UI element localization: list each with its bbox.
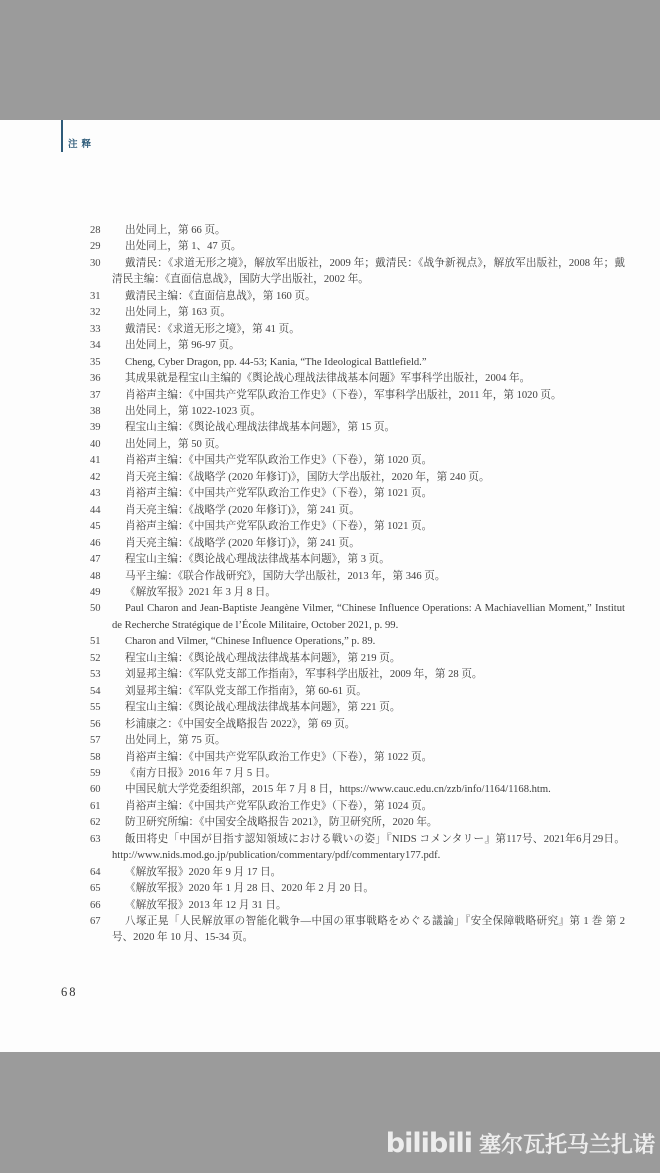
note-item: 44 肖天亮主编：《战略学 (2020 年修订)》，第 241 页。: [90, 503, 625, 519]
bilibili-logo: bilibili: [386, 1128, 472, 1159]
watermark-username: 塞尔瓦托马兰扎诺: [479, 1128, 655, 1159]
note-item: 53 刘显邦主编：《军队党支部工作指南》，军事科学出版社，2009 年，第 28…: [90, 667, 625, 683]
note-number: 53: [90, 667, 112, 683]
note-text: 其成果就是程宝山主编的《舆论战心理战法律战基本问题》军事科学出版社，2004 年…: [112, 371, 625, 387]
note-item: 41 肖裕声主编：《中国共产党军队政治工作史》（下卷），第 1020 页。: [90, 453, 625, 469]
note-item: 65 《解放军报》2020 年 1 月 28 日、2020 年 2 月 20 日…: [90, 881, 625, 897]
note-number: 38: [90, 404, 112, 420]
note-number: 40: [90, 437, 112, 453]
header-label: 注释: [68, 136, 95, 150]
note-item: 51 Charon and Vilmer, “Chinese Influence…: [90, 634, 625, 650]
note-number: 60: [90, 782, 112, 798]
note-number: 43: [90, 486, 112, 502]
note-number: 63: [90, 832, 112, 865]
note-number: 65: [90, 881, 112, 897]
note-number: 66: [90, 898, 112, 914]
note-item: 35 Cheng, Cyber Dragon, pp. 44-53; Kania…: [90, 355, 625, 371]
note-text: 刘显邦主编：《军队党支部工作指南》，第 60-61 页。: [112, 684, 625, 700]
note-item: 39 程宝山主编：《舆论战心理战法律战基本问题》，第 15 页。: [90, 420, 625, 436]
note-number: 48: [90, 569, 112, 585]
note-item: 40 出处同上，第 50 页。: [90, 437, 625, 453]
note-text: 《解放军报》2013 年 12 月 31 日。: [112, 898, 625, 914]
notes-list: 28 出处同上，第 66 页。 29 出处同上，第 1、47 页。 30 戴清民…: [90, 223, 625, 947]
note-item: 30 戴清民：《求道无形之境》，解放军出版社，2009 年；戴清民：《战争新视点…: [90, 256, 625, 289]
note-number: 28: [90, 223, 112, 239]
note-item: 37 肖裕声主编：《中国共产党军队政治工作史》（下卷），军事科学出版社，2011…: [90, 388, 625, 404]
note-text: 出处同上，第 1022-1023 页。: [112, 404, 625, 420]
note-item: 54 刘显邦主编：《军队党支部工作指南》，第 60-61 页。: [90, 684, 625, 700]
note-text: 肖裕声主编：《中国共产党军队政治工作史》（下卷），第 1020 页。: [112, 453, 625, 469]
note-number: 45: [90, 519, 112, 535]
note-item: 29 出处同上，第 1、47 页。: [90, 239, 625, 255]
note-number: 34: [90, 338, 112, 354]
note-item: 38 出处同上，第 1022-1023 页。: [90, 404, 625, 420]
note-text: 出处同上，第 75 页。: [112, 733, 625, 749]
note-text: 戴清民主编：《直面信息战》，第 160 页。: [112, 289, 625, 305]
note-number: 56: [90, 717, 112, 733]
note-number: 33: [90, 322, 112, 338]
note-item: 28 出处同上，第 66 页。: [90, 223, 625, 239]
note-number: 64: [90, 865, 112, 881]
note-number: 49: [90, 585, 112, 601]
note-item: 67 八塚正晃「人民解放軍の智能化戦争―中国の軍事戦略をめぐる議論」『安全保障戦…: [90, 914, 625, 947]
note-number: 47: [90, 552, 112, 568]
note-number: 51: [90, 634, 112, 650]
note-text: 刘显邦主编：《军队党支部工作指南》，军事科学出版社，2009 年，第 28 页。: [112, 667, 625, 683]
note-number: 55: [90, 700, 112, 716]
note-text: 肖裕声主编：《中国共产党军队政治工作史》（下卷），第 1022 页。: [112, 750, 625, 766]
note-text: 戴清民：《求道无形之境》，解放军出版社，2009 年；戴清民：《战争新视点》，解…: [112, 256, 625, 289]
note-item: 45 肖裕声主编：《中国共产党军队政治工作史》（下卷），第 1021 页。: [90, 519, 625, 535]
note-number: 58: [90, 750, 112, 766]
note-item: 43 肖裕声主编：《中国共产党军队政治工作史》（下卷），第 1021 页。: [90, 486, 625, 502]
gray-frame: 注释 28 出处同上，第 66 页。 29 出处同上，第 1、47 页。 30 …: [0, 0, 660, 1173]
note-item: 66 《解放军报》2013 年 12 月 31 日。: [90, 898, 625, 914]
note-text: 程宝山主编：《舆论战心理战法律战基本问题》，第 3 页。: [112, 552, 625, 568]
note-text: 出处同上，第 50 页。: [112, 437, 625, 453]
note-text: 肖天亮主编：《战略学 (2020 年修订)》，第 241 页。: [112, 503, 625, 519]
note-item: 64 《解放军报》2020 年 9 月 17 日。: [90, 865, 625, 881]
note-item: 62 防卫研究所编：《中国安全战略报告 2021》，防卫研究所，2020 年。: [90, 815, 625, 831]
note-text: 马平主编：《联合作战研究》，国防大学出版社，2013 年，第 346 页。: [112, 569, 625, 585]
note-item: 50 Paul Charon and Jean-Baptiste Jeangèn…: [90, 601, 625, 634]
note-text: 肖裕声主编：《中国共产党军队政治工作史》（下卷），第 1021 页。: [112, 486, 625, 502]
note-item: 32 出处同上，第 163 页。: [90, 305, 625, 321]
note-number: 54: [90, 684, 112, 700]
note-item: 60 中国民航大学党委组织部，2015 年 7 月 8 日，https://ww…: [90, 782, 625, 798]
note-number: 61: [90, 799, 112, 815]
note-item: 33 戴清民：《求道无形之境》，第 41 页。: [90, 322, 625, 338]
note-item: 36 其成果就是程宝山主编的《舆论战心理战法律战基本问题》军事科学出版社，200…: [90, 371, 625, 387]
note-text: 肖裕声主编：《中国共产党军队政治工作史》（下卷），第 1021 页。: [112, 519, 625, 535]
note-text: 飯田将史「中国が目指す認知領域における戦いの姿」『NIDS コメンタリー』第11…: [112, 832, 625, 865]
note-text: 程宝山主编：《舆论战心理战法律战基本问题》，第 221 页。: [112, 700, 625, 716]
note-item: 59 《南方日报》2016 年 7 月 5 日。: [90, 766, 625, 782]
page-number: 68: [61, 985, 78, 1000]
note-text: 程宝山主编：《舆论战心理战法律战基本问题》，第 15 页。: [112, 420, 625, 436]
note-number: 67: [90, 914, 112, 947]
note-text: 肖天亮主编：《战略学 (2020 年修订)》，第 241 页。: [112, 536, 625, 552]
note-number: 59: [90, 766, 112, 782]
header-accent-bar: [61, 120, 63, 152]
note-text: 防卫研究所编：《中国安全战略报告 2021》，防卫研究所，2020 年。: [112, 815, 625, 831]
note-text: 杉浦康之：《中国安全战略报告 2022》，第 69 页。: [112, 717, 625, 733]
note-item: 63 飯田将史「中国が目指す認知領域における戦いの姿」『NIDS コメンタリー』…: [90, 832, 625, 865]
note-text: Charon and Vilmer, “Chinese Influence Op…: [112, 634, 625, 650]
note-item: 42 肖天亮主编：《战略学 (2020 年修订)》，国防大学出版社，2020 年…: [90, 470, 625, 486]
note-item: 52 程宝山主编：《舆论战心理战法律战基本问题》，第 219 页。: [90, 651, 625, 667]
note-item: 48 马平主编：《联合作战研究》，国防大学出版社，2013 年，第 346 页。: [90, 569, 625, 585]
note-number: 29: [90, 239, 112, 255]
note-item: 34 出处同上，第 96-97 页。: [90, 338, 625, 354]
note-number: 41: [90, 453, 112, 469]
note-number: 31: [90, 289, 112, 305]
note-text: 出处同上，第 1、47 页。: [112, 239, 625, 255]
note-number: 35: [90, 355, 112, 371]
note-number: 52: [90, 651, 112, 667]
note-text: 八塚正晃「人民解放軍の智能化戦争―中国の軍事戦略をめぐる議論」『安全保障戦略研究…: [112, 914, 625, 947]
note-number: 46: [90, 536, 112, 552]
book-page: 注释 28 出处同上，第 66 页。 29 出处同上，第 1、47 页。 30 …: [0, 120, 660, 1052]
note-text: 《解放军报》2020 年 1 月 28 日、2020 年 2 月 20 日。: [112, 881, 625, 897]
note-number: 37: [90, 388, 112, 404]
note-text: 《解放军报》2021 年 3 月 8 日。: [112, 585, 625, 601]
note-text: 《南方日报》2016 年 7 月 5 日。: [112, 766, 625, 782]
note-number: 30: [90, 256, 112, 289]
note-item: 31 戴清民主编：《直面信息战》，第 160 页。: [90, 289, 625, 305]
note-item: 46 肖天亮主编：《战略学 (2020 年修订)》，第 241 页。: [90, 536, 625, 552]
note-number: 44: [90, 503, 112, 519]
note-text: 出处同上，第 163 页。: [112, 305, 625, 321]
note-text: 出处同上，第 96-97 页。: [112, 338, 625, 354]
note-text: Cheng, Cyber Dragon, pp. 44-53; Kania, “…: [112, 355, 625, 371]
note-item: 47 程宝山主编：《舆论战心理战法律战基本问题》，第 3 页。: [90, 552, 625, 568]
note-number: 50: [90, 601, 112, 634]
note-text: Paul Charon and Jean-Baptiste Jeangène V…: [112, 601, 625, 634]
note-number: 39: [90, 420, 112, 436]
note-text: 程宝山主编：《舆论战心理战法律战基本问题》，第 219 页。: [112, 651, 625, 667]
note-text: 戴清民：《求道无形之境》，第 41 页。: [112, 322, 625, 338]
note-item: 56 杉浦康之：《中国安全战略报告 2022》，第 69 页。: [90, 717, 625, 733]
note-number: 32: [90, 305, 112, 321]
watermark: bilibili 塞尔瓦托马兰扎诺: [386, 1128, 655, 1159]
note-item: 58 肖裕声主编：《中国共产党军队政治工作史》（下卷），第 1022 页。: [90, 750, 625, 766]
note-text: 肖裕声主编：《中国共产党军队政治工作史》（下卷），第 1024 页。: [112, 799, 625, 815]
note-text: 《解放军报》2020 年 9 月 17 日。: [112, 865, 625, 881]
note-text: 出处同上，第 66 页。: [112, 223, 625, 239]
note-item: 49 《解放军报》2021 年 3 月 8 日。: [90, 585, 625, 601]
note-text: 中国民航大学党委组织部，2015 年 7 月 8 日，https://www.c…: [112, 782, 625, 798]
note-item: 55 程宝山主编：《舆论战心理战法律战基本问题》，第 221 页。: [90, 700, 625, 716]
note-item: 57 出处同上，第 75 页。: [90, 733, 625, 749]
note-number: 62: [90, 815, 112, 831]
note-text: 肖天亮主编：《战略学 (2020 年修订)》，国防大学出版社，2020 年，第 …: [112, 470, 625, 486]
note-number: 57: [90, 733, 112, 749]
note-item: 61 肖裕声主编：《中国共产党军队政治工作史》（下卷），第 1024 页。: [90, 799, 625, 815]
note-text: 肖裕声主编：《中国共产党军队政治工作史》（下卷），军事科学出版社，2011 年，…: [112, 388, 625, 404]
note-number: 36: [90, 371, 112, 387]
note-number: 42: [90, 470, 112, 486]
